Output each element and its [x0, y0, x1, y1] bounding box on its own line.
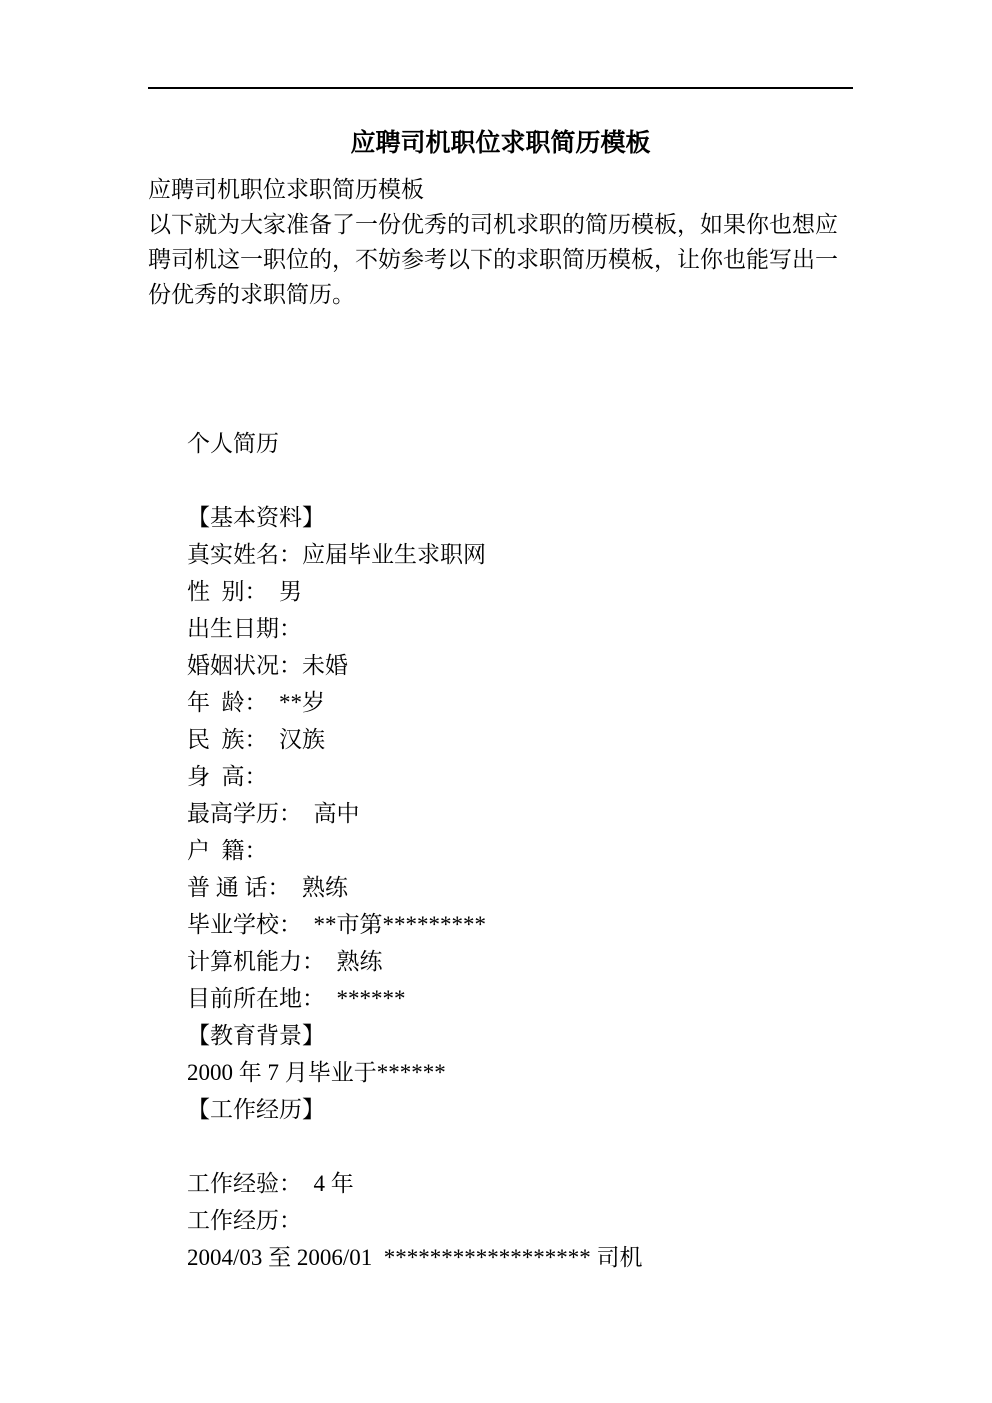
text-line: 2000 年 7 月毕业于****** [187, 1054, 867, 1091]
text-line: 户 籍： [187, 832, 867, 869]
text-line: 以下就为大家准备了一份优秀的司机求职的简历模板，如果你也想应 [148, 207, 860, 242]
document-title: 应聘司机职位求职简历模板 [148, 127, 853, 161]
horizontal-rule [148, 87, 853, 89]
text-line: 出生日期： [187, 610, 867, 647]
text-line: 个人简历 [187, 425, 867, 462]
text-line: 性 别： 男 [187, 573, 867, 610]
text-line: 目前所在地： ****** [187, 980, 867, 1017]
text-line: 2004/03 至 2006/01 ****************** 司机 [187, 1239, 867, 1276]
text-line [187, 462, 867, 499]
text-line: 最高学历： 高中 [187, 795, 867, 832]
text-line: 真实姓名：应届毕业生求职网 [187, 536, 867, 573]
text-line: 民 族： 汉族 [187, 721, 867, 758]
text-line [187, 1128, 867, 1165]
text-line: 聘司机这一职位的，不妨参考以下的求职简历模板，让你也能写出一 [148, 242, 860, 277]
text-line: 工作经验： 4 年 [187, 1165, 867, 1202]
text-line: 份优秀的求职简历。 [148, 277, 860, 312]
text-line: 年 龄： **岁 [187, 684, 867, 721]
text-line: 婚姻状况：未婚 [187, 647, 867, 684]
text-line: 计算机能力： 熟练 [187, 943, 867, 980]
document-page: 应聘司机职位求职简历模板 应聘司机职位求职简历模板以下就为大家准备了一份优秀的司… [0, 0, 992, 1403]
text-line: 【教育背景】 [187, 1017, 867, 1054]
text-line: 普 通 话： 熟练 [187, 869, 867, 906]
resume-body: 个人简历 【基本资料】真实姓名：应届毕业生求职网性 别： 男出生日期：婚姻状况：… [187, 425, 867, 1276]
text-line: 【工作经历】 [187, 1091, 867, 1128]
text-line: 工作经历： [187, 1202, 867, 1239]
text-line: 身 高： [187, 758, 867, 795]
text-line: 【基本资料】 [187, 499, 867, 536]
text-line: 应聘司机职位求职简历模板 [148, 172, 860, 207]
intro-paragraph: 应聘司机职位求职简历模板以下就为大家准备了一份优秀的司机求职的简历模板，如果你也… [148, 172, 860, 312]
text-line: 毕业学校： **市第********* [187, 906, 867, 943]
